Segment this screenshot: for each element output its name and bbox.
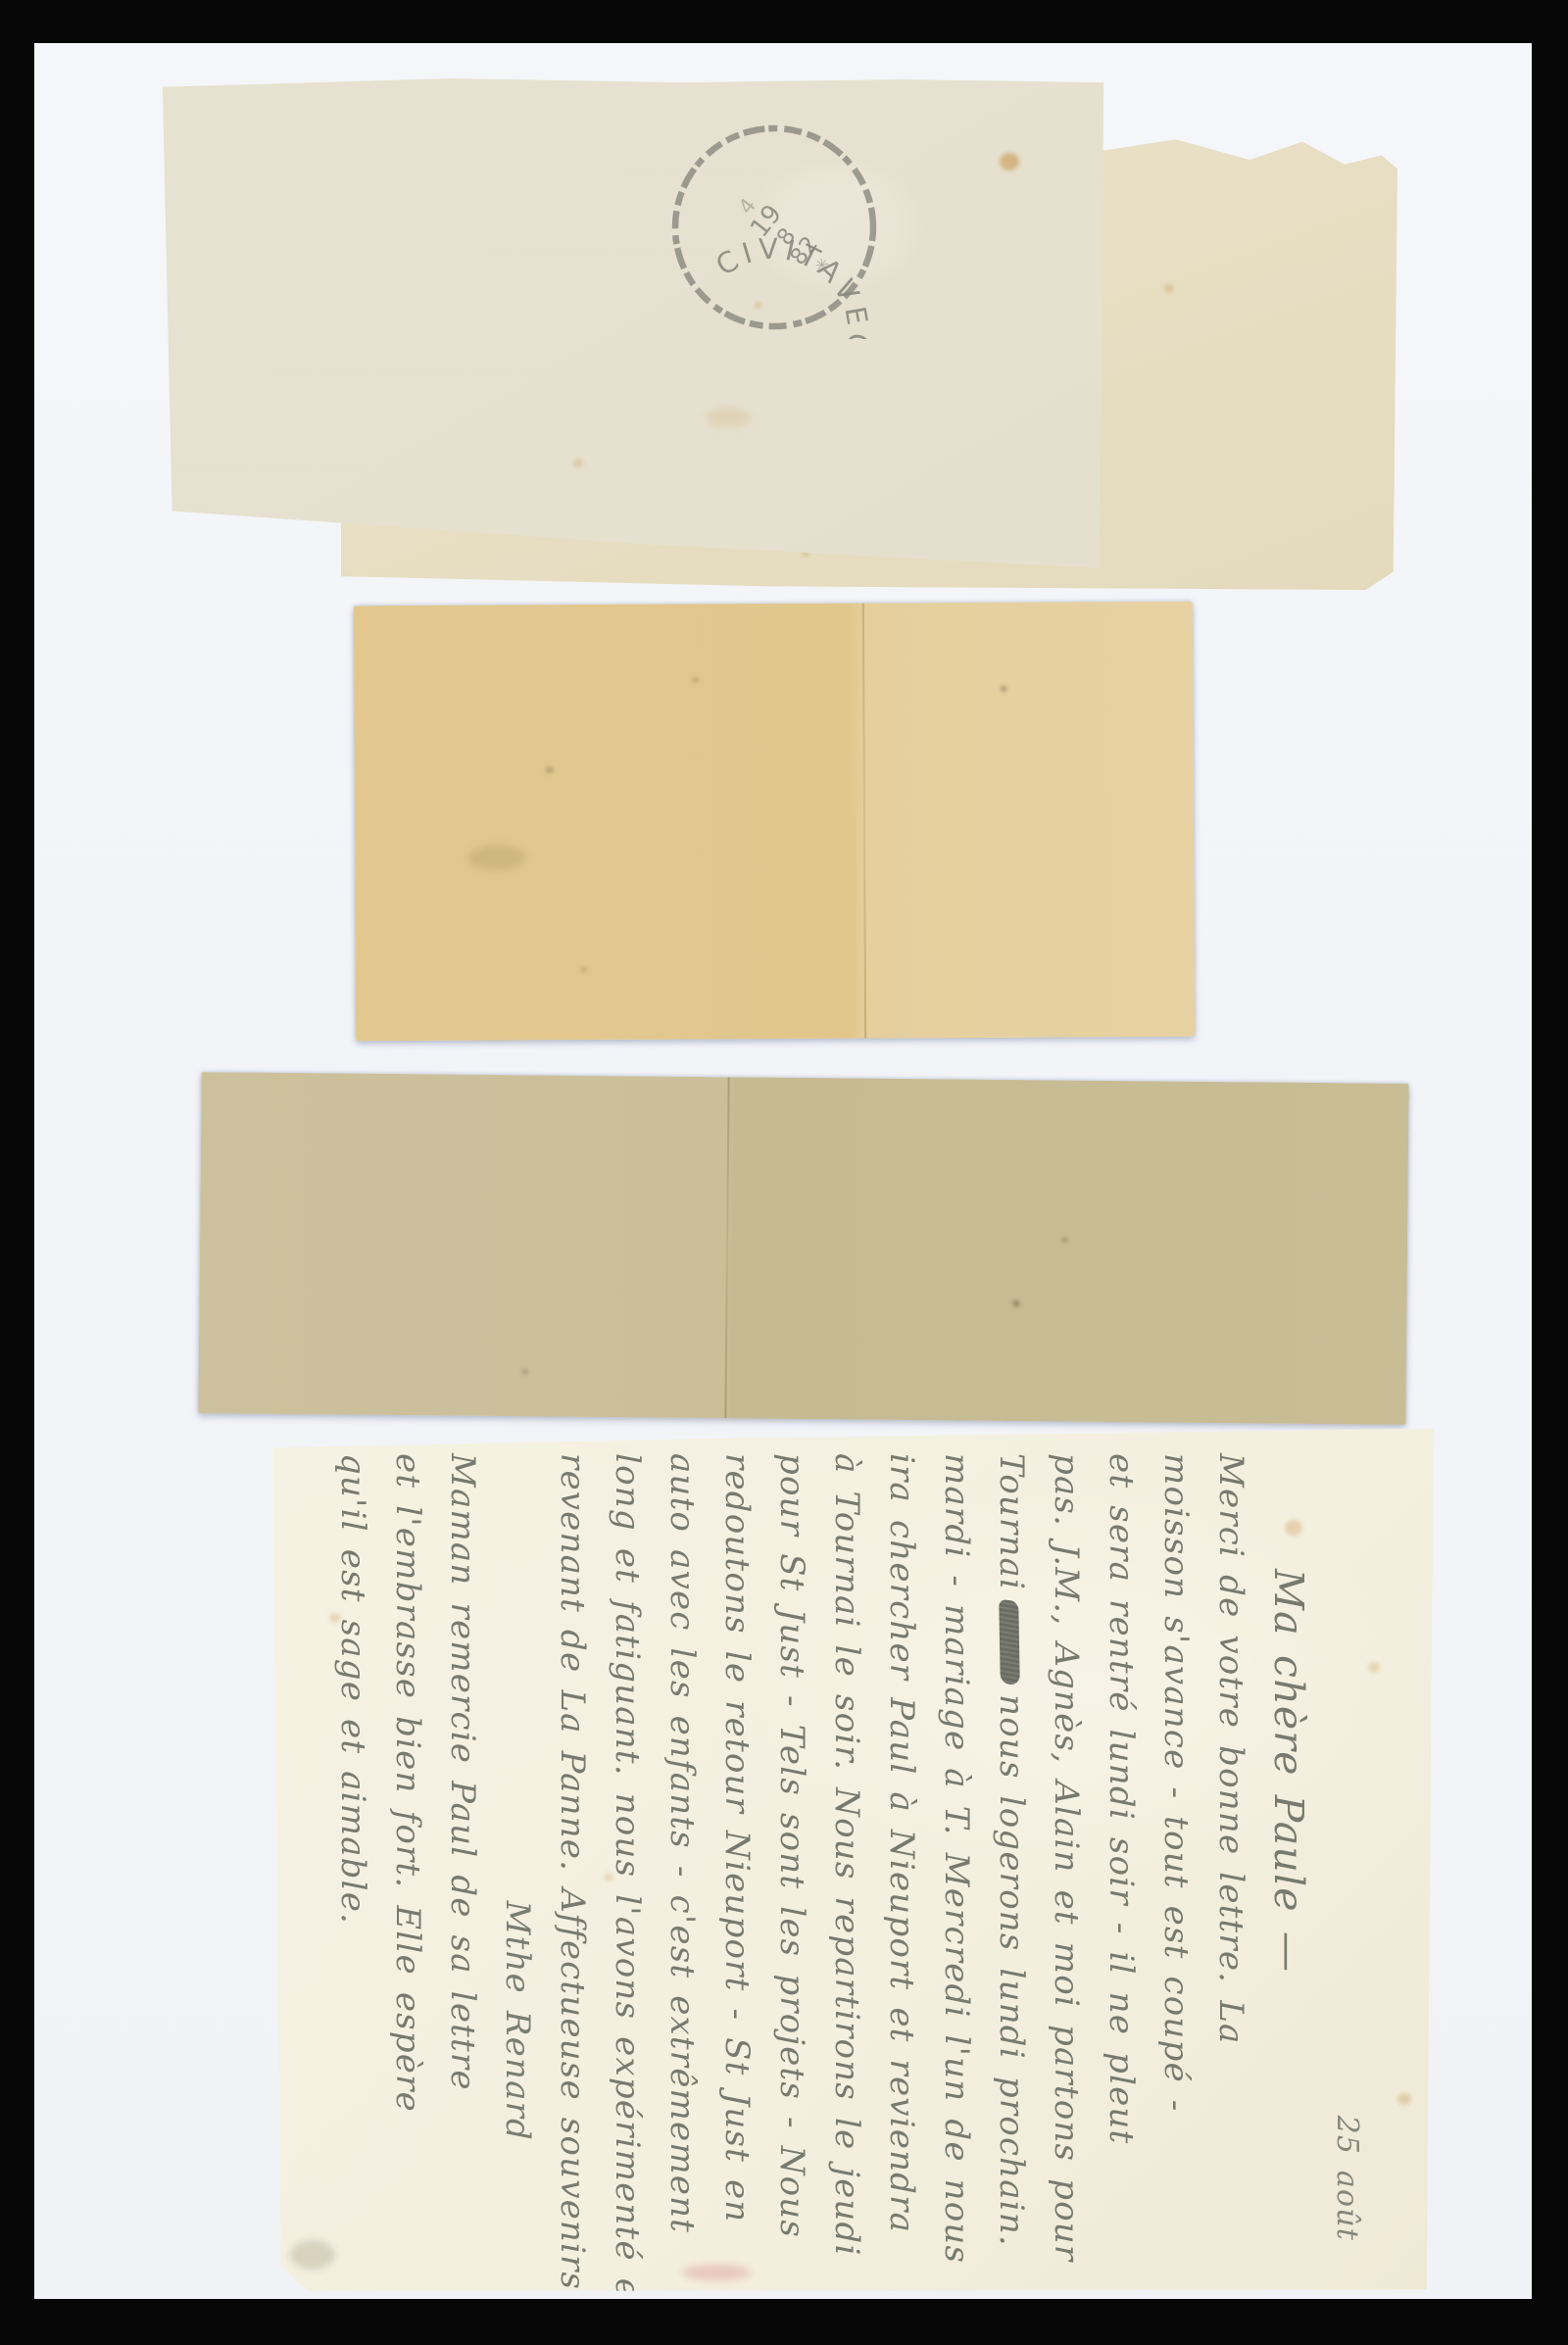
folded-wrapper-strip-blank-side (198, 1072, 1408, 1425)
letter-line: auto avec les enfants - c'est extrêmemen… (655, 1453, 710, 2267)
letter-line: et l'embrasse bien fort. Elle espère (380, 1453, 435, 2267)
letter-lines: 25 aoûtMa chère Paule —Merci de votre bo… (331, 1453, 1374, 2267)
scanned-album-page: CIVITAVECCHIA 4 19 8 82 ✳ 25 aoûtMa chèr… (0, 0, 1568, 2345)
letter-line: qu'il est sage et aimable. (325, 1453, 380, 2267)
letter-line: mardi - mariage à T. Mercredi l'un de no… (929, 1453, 984, 2267)
letter-line: long et fatiguant. nous l'avons expérime… (600, 1453, 655, 2267)
letter-line: et sera rentré lundi soir - il ne pleut (1094, 1453, 1149, 2267)
letter-line: Maman remercie Paul de sa lettre (435, 1453, 490, 2267)
letter-line: Tournainous logerons lundi prochain. (984, 1453, 1039, 2267)
letter-line: ira chercher Paul à Nieuport et reviendr… (874, 1453, 929, 2267)
letter-line: à Tournai le soir. Nous repartirons le j… (819, 1453, 874, 2267)
scratched-out-word (999, 1599, 1020, 1685)
corner-crease (290, 2240, 335, 2270)
letter-line: redoutons le retour Nieuport - St Just e… (710, 1453, 764, 2267)
letter-line: 25 août (1319, 1453, 1374, 2267)
postal-wrapper-envelope (157, 74, 1113, 576)
letter-line: Mthe Renard (490, 1453, 545, 2267)
folded-tan-letter-blank-side (354, 602, 1195, 1041)
pink-smudge (682, 2265, 751, 2280)
letter-line: pas. J.M., Agnès, Alain et moi partons p… (1039, 1453, 1094, 2267)
letter-line: Merci de votre bonne lettre. La (1203, 1453, 1258, 2267)
letter-line: moisson s'avance - tout est coupé - (1149, 1453, 1203, 2267)
handwritten-letter-sheet: 25 aoûtMa chère Paule —Merci de votre bo… (270, 1427, 1435, 2293)
vertical-fold-line (862, 604, 866, 1039)
letter-line: Ma chère Paule — (1258, 1453, 1319, 2267)
postmark-civitavecchia: CIVITAVECCHIA 4 19 8 82 ✳ (662, 116, 886, 339)
vertical-fold-line (724, 1077, 729, 1418)
letter-line: pour St Just - Tels sont les projets - N… (764, 1453, 819, 2267)
letter-line: revenant de La Panne. Affectueuse souven… (545, 1453, 600, 2267)
